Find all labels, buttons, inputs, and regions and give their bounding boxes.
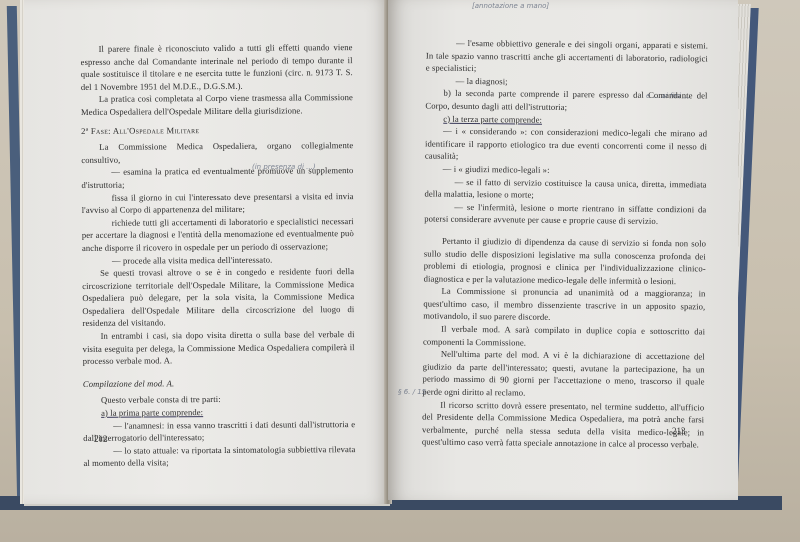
list-item: — l'esame obbiettivo generale e dei sing… — [426, 37, 708, 78]
list-item: — se l'infermità, lesione o morte rientr… — [424, 200, 706, 228]
handwritten-top-note: [annotazione a mano] — [472, 2, 549, 10]
list-item: richiede tutti gli accertamenti di labor… — [82, 215, 354, 255]
handwritten-margin-note-left: § 6. / 15 — [398, 388, 426, 396]
paragraph: Il parere finale è riconosciuto valido a… — [81, 41, 353, 93]
left-page: Il parere finale è riconosciuto valido a… — [24, 0, 390, 506]
paragraph: Nell'ultima parte del mod. A vi è la dic… — [422, 348, 705, 401]
paragraph: Il ricorso scritto dovrà essere presenta… — [422, 398, 705, 451]
list-item: — se il fatto di servizio costituisce la… — [424, 175, 706, 203]
section-heading: 2ª Fase: All'Ospedale Militare — [81, 123, 353, 137]
paragraph: Pertanto il giudizio di dipendenza da ca… — [424, 234, 707, 287]
paragraph: In entrambi i casi, sia dopo visita dire… — [83, 328, 355, 368]
left-page-text: Il parere finale è riconosciuto valido a… — [81, 41, 356, 470]
list-item: — lo stato attuale: va riportata la sint… — [83, 443, 355, 470]
right-page: [annotazione a mano] — l'esame obbiettiv… — [388, 0, 738, 500]
page-number: 212 — [94, 434, 108, 444]
list-item: fissa il giorno in cui l'interessato dev… — [82, 190, 354, 217]
handwritten-margin-note-right: e ... ai fini ... — [646, 92, 690, 100]
paragraph: La pratica così completata al Corpo vien… — [81, 91, 353, 118]
paragraph: La Commissione si pronuncia ad unanimità… — [423, 285, 705, 326]
page-number: 213 — [672, 426, 686, 436]
handwritten-margin-note: (in presenza di ...) — [252, 163, 316, 171]
subheading: Compilazione del mod. A. — [83, 376, 355, 390]
list-item: — i « considerando »: con considerazioni… — [425, 125, 707, 166]
list-item: — l'anamnesi: in essa vanno trascritti i… — [83, 418, 355, 445]
paragraph: Il verbale mod. A sarà compilato in dupl… — [423, 323, 705, 351]
paragraph: Se questi trovasi altrove o se è in cong… — [82, 265, 354, 330]
